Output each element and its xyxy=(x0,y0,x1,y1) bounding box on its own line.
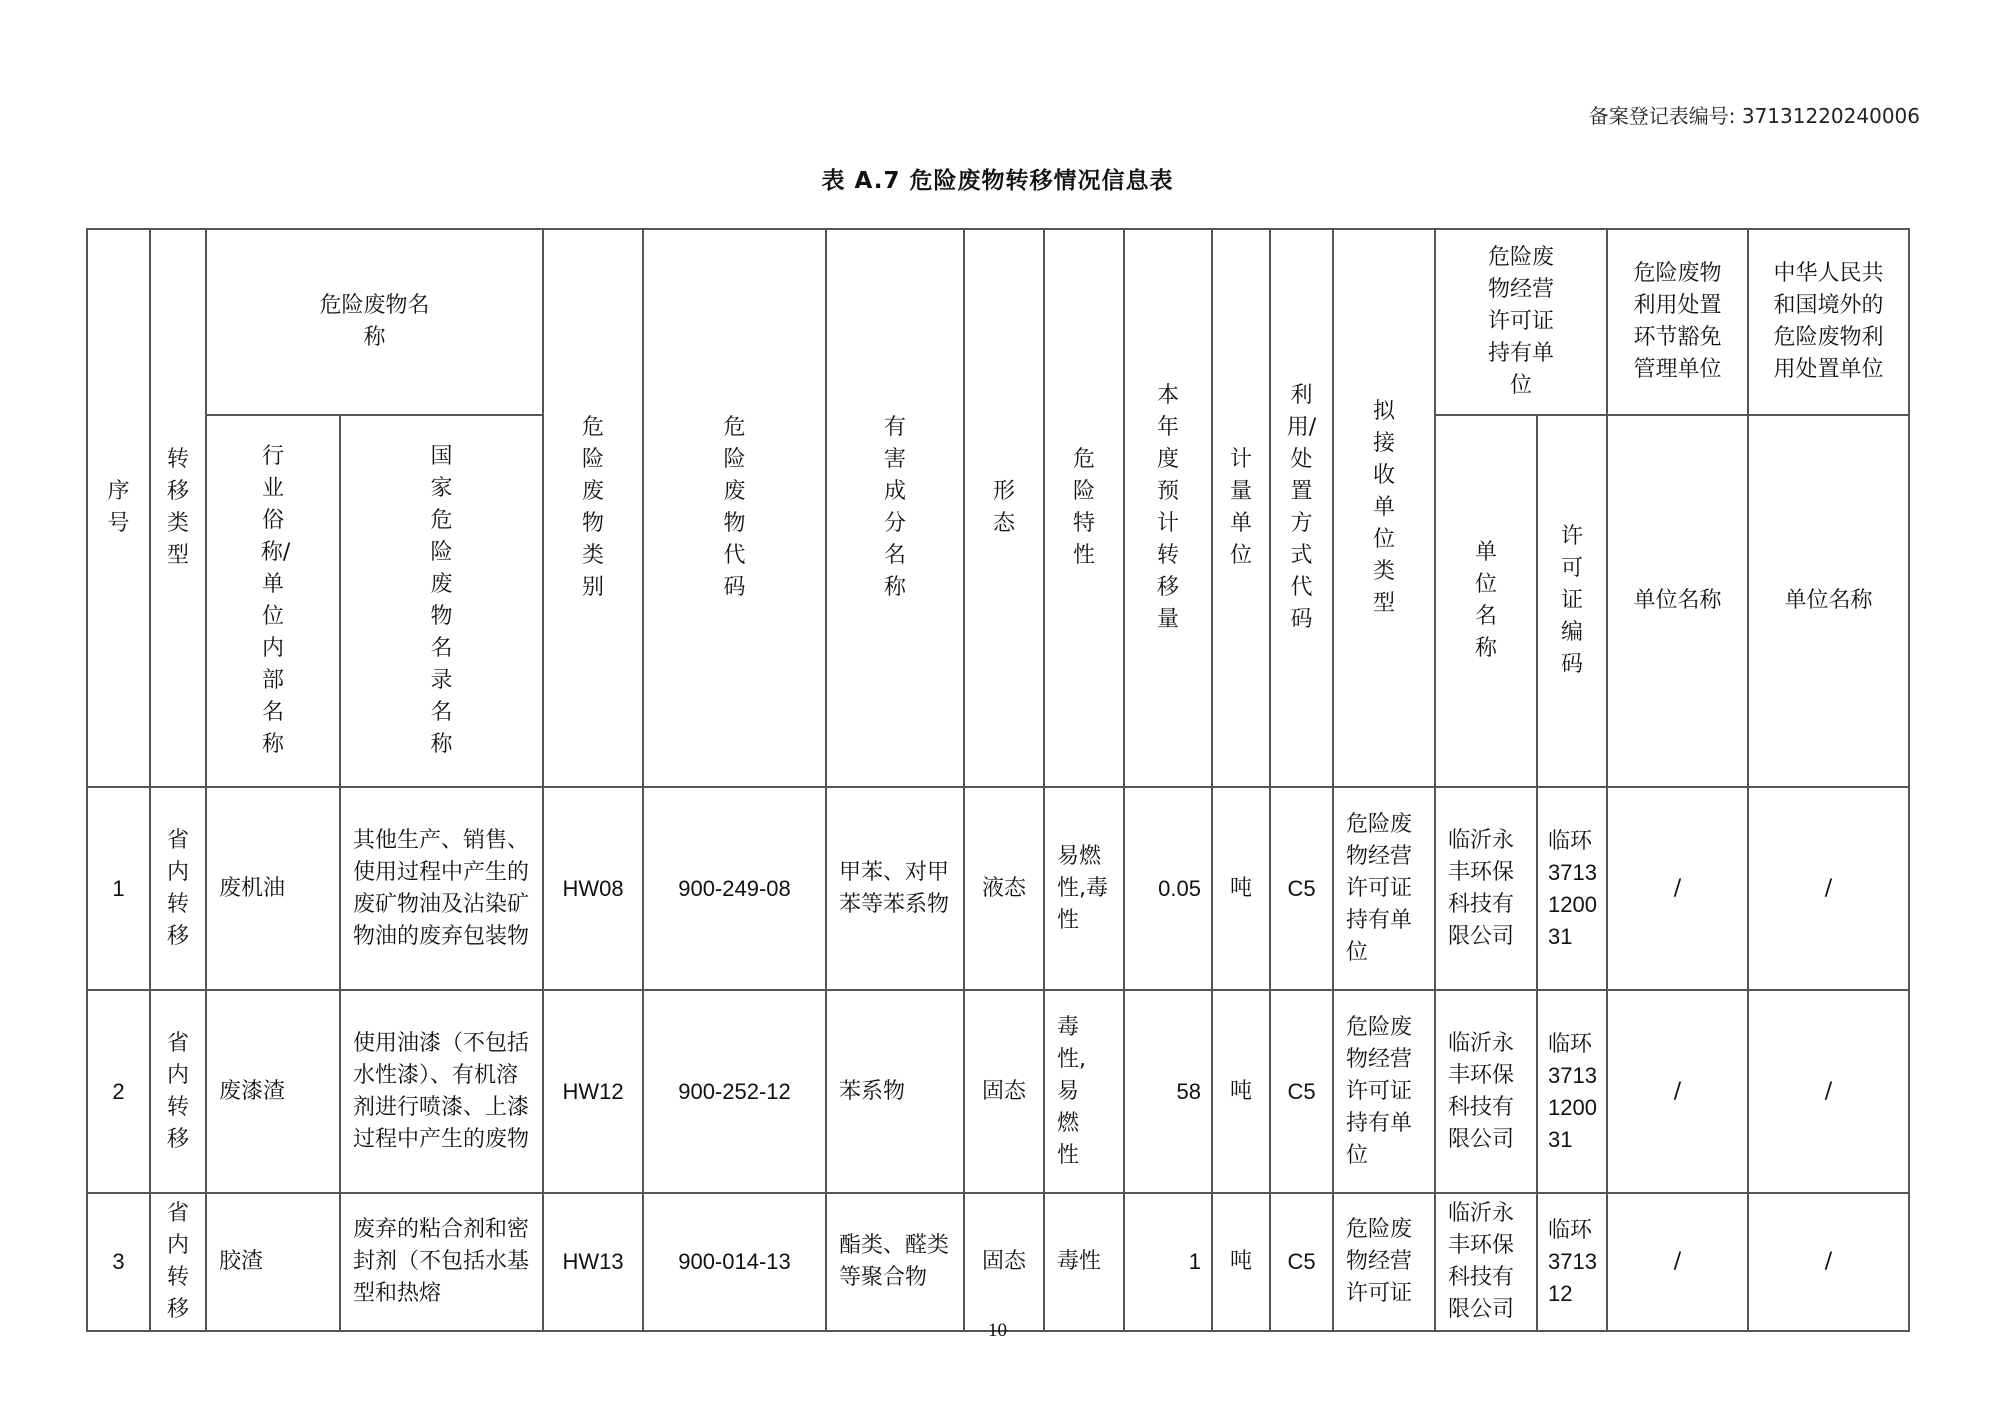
cell-receiver-type: 危险废物经营许可证持有单位 xyxy=(1333,990,1435,1193)
cell-industry-name: 废机油 xyxy=(206,787,340,990)
cell-foreign-unit-name: / xyxy=(1748,990,1909,1193)
hazardous-waste-transfer-table: 序号 转移类型 危险废物名称 危险废物类别 危险废物代码 有害成分名称 形态 危… xyxy=(86,228,1910,1332)
cell-receiver-type: 危险废物经营许可证 xyxy=(1333,1193,1435,1331)
cell-hazard: 易燃性,毒性 xyxy=(1044,787,1124,990)
cell-code: 900-014-13 xyxy=(643,1193,826,1331)
cell-license-unit-name: 临沂永丰环保科技有限公司 xyxy=(1435,990,1537,1193)
cell-form: 液态 xyxy=(964,787,1044,990)
cell-form: 固态 xyxy=(964,1193,1044,1331)
cell-transfer-type: 省内转移 xyxy=(150,990,206,1193)
cell-national-name: 废弃的粘合剂和密封剂（不包括水基型和热熔 xyxy=(340,1193,543,1331)
header-national-name: 国家危险废物名录名称 xyxy=(340,415,543,787)
header-license-holder-group: 危险废物经营许可证持有单位 xyxy=(1435,229,1607,415)
cell-seq: 2 xyxy=(87,990,150,1193)
header-seq: 序号 xyxy=(87,229,150,787)
header-unit: 计量单位 xyxy=(1212,229,1270,787)
cell-harmful-components: 苯系物 xyxy=(826,990,964,1193)
header-transfer-type: 转移类型 xyxy=(150,229,206,787)
cell-unit: 吨 xyxy=(1212,1193,1270,1331)
header-waste-name-group: 危险废物名称 xyxy=(206,229,543,415)
cell-license-unit-name: 临沂永丰环保科技有限公司 xyxy=(1435,1193,1537,1331)
header-category: 危险废物类别 xyxy=(543,229,643,787)
cell-exempt-unit-name: / xyxy=(1607,990,1748,1193)
table-row: 2 省内转移 废漆渣 使用油漆（不包括水性漆）、有机溶剂进行喷漆、上漆过程中产生… xyxy=(87,990,1909,1193)
header-exempt-unit-name: 单位名称 xyxy=(1607,415,1748,787)
cell-annual-amount: 1 xyxy=(1124,1193,1212,1331)
cell-annual-amount: 58 xyxy=(1124,990,1212,1193)
cell-seq: 1 xyxy=(87,787,150,990)
cell-unit: 吨 xyxy=(1212,990,1270,1193)
header-foreign-unit-name: 单位名称 xyxy=(1748,415,1909,787)
cell-industry-name: 废漆渣 xyxy=(206,990,340,1193)
header-row-1: 序号 转移类型 危险废物名称 危险废物类别 危险废物代码 有害成分名称 形态 危… xyxy=(87,229,1909,415)
cell-license-unit-name: 临沂永丰环保科技有限公司 xyxy=(1435,787,1537,990)
cell-license-number: 临环3713120031 xyxy=(1537,990,1607,1193)
cell-hazard: 毒性 xyxy=(1044,1193,1124,1331)
cell-national-name: 使用油漆（不包括水性漆）、有机溶剂进行喷漆、上漆过程中产生的废物 xyxy=(340,990,543,1193)
table-row: 3 省内转移 胶渣 废弃的粘合剂和密封剂（不包括水基型和热熔 HW13 900-… xyxy=(87,1193,1909,1331)
cell-seq: 3 xyxy=(87,1193,150,1331)
cell-harmful-components: 甲苯、对甲苯等苯系物 xyxy=(826,787,964,990)
registration-value: 37131220240006 xyxy=(1742,104,1920,128)
cell-unit: 吨 xyxy=(1212,787,1270,990)
header-license-number: 许可证编码 xyxy=(1537,415,1607,787)
cell-category: HW12 xyxy=(543,990,643,1193)
registration-label: 备案登记表编号: xyxy=(1589,104,1736,128)
table-title: 表 A.7 危险废物转移情况信息表 xyxy=(0,162,1995,195)
header-disposal-code: 利用/处置方式代码 xyxy=(1270,229,1333,787)
header-receiver-type: 拟接收单位类型 xyxy=(1333,229,1435,787)
cell-license-number: 临环371312 xyxy=(1537,1193,1607,1331)
registration-number: 备案登记表编号: 37131220240006 xyxy=(1589,100,1920,129)
header-form: 形态 xyxy=(964,229,1044,787)
cell-category: HW13 xyxy=(543,1193,643,1331)
cell-exempt-unit-name: / xyxy=(1607,1193,1748,1331)
cell-code: 900-249-08 xyxy=(643,787,826,990)
cell-transfer-type: 省内转移 xyxy=(150,787,206,990)
cell-exempt-unit-name: / xyxy=(1607,787,1748,990)
cell-license-number: 临环3713120031 xyxy=(1537,787,1607,990)
table-row: 1 省内转移 废机油 其他生产、销售、使用过程中产生的废矿物油及沾染矿物油的废弃… xyxy=(87,787,1909,990)
cell-receiver-type: 危险废物经营许可证持有单位 xyxy=(1333,787,1435,990)
cell-annual-amount: 0.05 xyxy=(1124,787,1212,990)
cell-national-name: 其他生产、销售、使用过程中产生的废矿物油及沾染矿物油的废弃包装物 xyxy=(340,787,543,990)
cell-disposal-code: C5 xyxy=(1270,1193,1333,1331)
cell-disposal-code: C5 xyxy=(1270,787,1333,990)
header-code: 危险废物代码 xyxy=(643,229,826,787)
cell-foreign-unit-name: / xyxy=(1748,787,1909,990)
header-license-unit-name: 单位名称 xyxy=(1435,415,1537,787)
cell-disposal-code: C5 xyxy=(1270,990,1333,1193)
cell-harmful-components: 酯类、醛类等聚合物 xyxy=(826,1193,964,1331)
cell-form: 固态 xyxy=(964,990,1044,1193)
header-harmful-components: 有害成分名称 xyxy=(826,229,964,787)
header-foreign-group: 中华人民共和国境外的危险废物利用处置单位 xyxy=(1748,229,1909,415)
cell-transfer-type: 省内转移 xyxy=(150,1193,206,1331)
cell-industry-name: 胶渣 xyxy=(206,1193,340,1331)
cell-hazard: 毒性,易燃性 xyxy=(1044,990,1124,1193)
page-number: 10 xyxy=(0,1320,1995,1342)
cell-code: 900-252-12 xyxy=(643,990,826,1193)
header-industry-name: 行业俗称/单位内部名称 xyxy=(206,415,340,787)
header-exempt-group: 危险废物利用处置环节豁免管理单位 xyxy=(1607,229,1748,415)
header-hazard: 危险特性 xyxy=(1044,229,1124,787)
cell-foreign-unit-name: / xyxy=(1748,1193,1909,1331)
header-annual-amount: 本年度预计转移量 xyxy=(1124,229,1212,787)
cell-category: HW08 xyxy=(543,787,643,990)
